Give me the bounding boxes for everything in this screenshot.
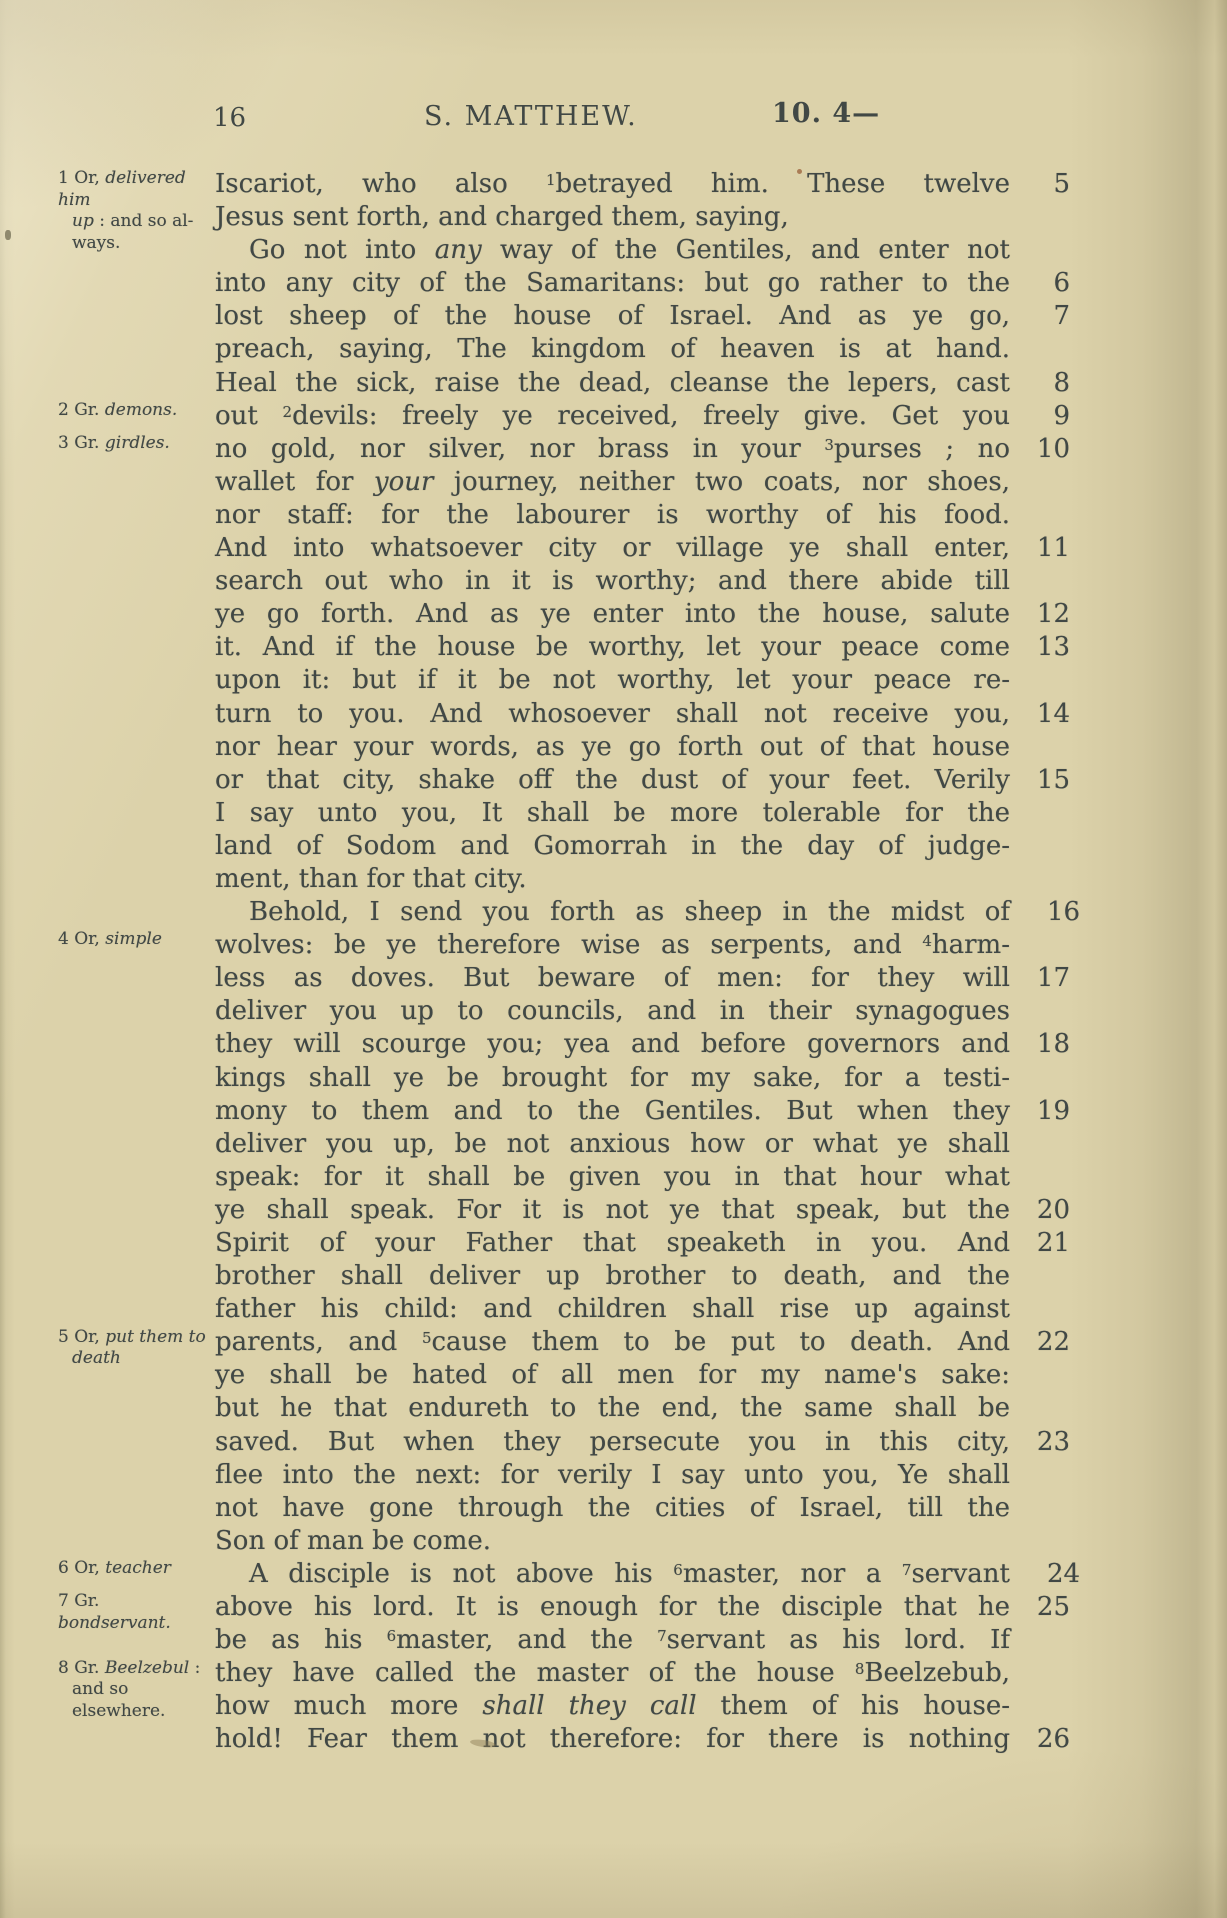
text-line: or that city, shake off the dust of your…	[215, 764, 1010, 797]
text-line: be as his 6master, and the 7servant as h…	[215, 1624, 1010, 1657]
text-segment: 4 Or,	[58, 929, 105, 949]
text-segment: speak: for it shall be given you in that…	[215, 1162, 1010, 1192]
text-line: parents, and 5cause them to be put to de…	[215, 1326, 1010, 1359]
text-line: And into whatsoever city or village ye s…	[215, 532, 1010, 565]
footnote-marker: 3	[824, 436, 834, 454]
text-line: land of Sodom and Gomorrah in the day of…	[215, 830, 1010, 863]
text-line: wolves: be ye therefore wise as serpents…	[215, 929, 1010, 962]
text-segment: servant as his lord. If	[667, 1625, 1010, 1655]
text-line: nor staff: for the labourer is worthy of…	[215, 499, 1010, 532]
text-segment: not have gone through the cities of Isra…	[215, 1493, 1010, 1523]
verse-number: 5	[1013, 168, 1070, 201]
verse-number: 17	[1013, 962, 1070, 995]
text-line: wallet for your journey, neither two coa…	[215, 466, 1010, 499]
text-line: Behold, I send you forth as sheep in the…	[215, 896, 1010, 929]
text-line: turn to you. And whosoever shall not rec…	[215, 698, 1010, 731]
text-segment: it. And if the house be worthy, let your…	[215, 632, 1010, 662]
verse-number: 9	[1013, 400, 1070, 433]
margin-note: 6 Or, teacher	[58, 1558, 216, 1580]
text-line: brother shall deliver up brother to deat…	[215, 1260, 1010, 1293]
text-segment: 8 Gr.	[58, 1658, 105, 1678]
text-segment: nor staff: for the labourer is worthy of…	[215, 500, 1010, 530]
verse-number: 20	[1013, 1194, 1070, 1227]
text-segment: :	[189, 1658, 200, 1678]
text-segment: way of the Gentiles, and enter not	[482, 235, 1010, 265]
text-segment: devils: freely ye received, freely give.…	[292, 401, 1010, 431]
text-segment: deliver you up, be not anxious how or wh…	[215, 1129, 1010, 1159]
text-segment: Iscariot, who also	[215, 169, 546, 199]
text-segment: master, and the	[396, 1625, 657, 1655]
verse-number: 13	[1013, 631, 1070, 664]
text-segment: Behold, I send you forth as sheep in the…	[249, 897, 1010, 927]
text-segment: nor hear your words, as ye go forth out …	[215, 732, 1010, 762]
text-segment: hold! Fear them not therefore: for there…	[215, 1724, 1010, 1754]
text-line: nor hear your words, as ye go forth out …	[215, 731, 1010, 764]
text-segment: less as doves. But beware of men: for th…	[215, 963, 1010, 993]
text-line: into any city of the Samaritans: but go …	[215, 267, 1010, 300]
text-segment: And into whatsoever city or village ye s…	[215, 533, 1010, 563]
text-line: ye go forth. And as ye enter into the ho…	[215, 598, 1010, 631]
margin-note-line: 8 Gr. Beelzebul :	[58, 1658, 216, 1680]
text-segment: 3 Gr.	[58, 433, 105, 453]
text-segment: and so elsewhere.	[72, 1679, 165, 1721]
paper-speck	[5, 230, 11, 240]
text-line: it. And if the house be worthy, let your…	[215, 631, 1010, 664]
verse-number: 25	[1013, 1591, 1070, 1624]
text-line: ye shall speak. For it is not ye that sp…	[215, 1194, 1010, 1227]
text-segment: father his child: and children shall ris…	[215, 1294, 1010, 1324]
text-line: deliver you up, be not anxious how or wh…	[215, 1128, 1010, 1161]
text-segment: land of Sodom and Gomorrah in the day of…	[215, 831, 1010, 861]
text-line: father his child: and children shall ris…	[215, 1293, 1010, 1326]
text-segment: them of his house-	[697, 1691, 1010, 1721]
footnote-marker: 8	[855, 1660, 865, 1678]
italic-text: teacher	[105, 1558, 171, 1578]
margin-note: 1 Or, delivered himup : and so al-ways.	[58, 168, 216, 254]
text-segment: ye go forth. And as ye enter into the ho…	[215, 599, 1010, 629]
margin-note-line: 1 Or, delivered him	[58, 168, 216, 211]
verse-number: 14	[1013, 698, 1070, 731]
text-segment: brother shall deliver up brother to deat…	[215, 1261, 1010, 1291]
verse-reference: 10. 4—	[772, 98, 880, 129]
text-line: Iscariot, who also 1betrayed him. These …	[215, 168, 1010, 201]
italic-text: put them to	[105, 1327, 206, 1347]
text-line: speak: for it shall be given you in that…	[215, 1161, 1010, 1194]
italic-text: bondservant.	[58, 1613, 171, 1633]
italic-text: girdles.	[105, 433, 170, 453]
text-segment: no gold, nor silver, nor brass in your	[215, 434, 824, 464]
text-segment: harm-	[932, 930, 1010, 960]
verse-number: 12	[1013, 598, 1070, 631]
margin-note-line: 2 Gr. demons.	[58, 400, 216, 422]
text-segment: ye shall be hated of all men for my name…	[215, 1360, 1010, 1390]
text-segment: they will scourge you; yea and before go…	[215, 1029, 1010, 1059]
text-segment: Jesus sent forth, and charged them, sayi…	[215, 202, 789, 232]
text-segment: 5 Or,	[58, 1327, 105, 1347]
text-line: Spirit of your Father that speaketh in y…	[215, 1227, 1010, 1260]
margin-note-line: death	[58, 1348, 216, 1370]
text-line: how much more shall they call them of hi…	[215, 1690, 1010, 1723]
text-segment: upon it: but if it be not worthy, let yo…	[215, 665, 1010, 695]
text-line: ye shall be hated of all men for my name…	[215, 1359, 1010, 1392]
margin-note-line: 6 Or, teacher	[58, 1558, 216, 1580]
text-segment: servant	[911, 1559, 1010, 1589]
margin-note-line: and so elsewhere.	[58, 1679, 216, 1722]
margin-note-line: 4 Or, simple	[58, 929, 216, 951]
verse-number: 19	[1013, 1095, 1070, 1128]
verse-number: 18	[1013, 1028, 1070, 1061]
text-segment: above his lord. It is enough for the dis…	[215, 1592, 1010, 1622]
text-line: mony to them and to the Gentiles. But wh…	[215, 1095, 1010, 1128]
italic-text: any	[435, 235, 482, 265]
text-segment: mony to them and to the Gentiles. But wh…	[215, 1096, 1010, 1126]
text-line: Son of man be come.	[215, 1525, 1010, 1558]
text-segment: ment, than for that city.	[215, 864, 527, 894]
margin-note-line: ways.	[58, 233, 216, 255]
text-block: Iscariot, who also 1betrayed him. These …	[215, 168, 1010, 1757]
text-segment: out	[215, 401, 283, 431]
verse-number: 11	[1013, 532, 1070, 565]
page: 16 S. MATTHEW. 10. 4— 1 Or, delivered hi…	[0, 0, 1227, 1918]
verse-number: 21	[1013, 1227, 1070, 1260]
footnote-marker: 1	[546, 171, 556, 189]
margin-note-line: 5 Or, put them to	[58, 1327, 216, 1349]
text-line: out 2devils: freely ye received, freely …	[215, 400, 1010, 433]
verse-number: 26	[1013, 1723, 1070, 1756]
text-segment: A disciple is not above his	[249, 1559, 673, 1589]
text-line: hold! Fear them not therefore: for there…	[215, 1723, 1010, 1756]
text-segment: Beelzebub,	[864, 1658, 1010, 1688]
italic-text: simple	[105, 929, 162, 949]
margin-note: 8 Gr. Beelzebul :and so elsewhere.	[58, 1658, 216, 1723]
text-line: above his lord. It is enough for the dis…	[215, 1591, 1010, 1624]
footnote-marker: 4	[922, 932, 932, 950]
text-line: Heal the sick, raise the dead, cleanse t…	[215, 367, 1010, 400]
footnote-marker: 6	[387, 1627, 397, 1645]
text-segment: deliver you up to councils, and in their…	[215, 996, 1010, 1026]
text-segment: : and so al-	[94, 211, 194, 231]
italic-text: demons.	[105, 400, 177, 420]
text-line: ment, than for that city.	[215, 863, 1010, 896]
italic-text: death	[72, 1348, 121, 1368]
text-segment: search out who in it is worthy; and ther…	[215, 566, 1010, 596]
italic-text: Beelzebul	[105, 1658, 189, 1678]
text-line: they will scourge you; yea and before go…	[215, 1028, 1010, 1061]
text-line: upon it: but if it be not worthy, let yo…	[215, 664, 1010, 697]
verse-number: 7	[1013, 300, 1070, 333]
text-segment: preach, saying, The kingdom of heaven is…	[215, 334, 1010, 364]
verse-number: 10	[1013, 433, 1070, 466]
footnote-marker: 2	[283, 403, 293, 421]
text-line: no gold, nor silver, nor brass in your 3…	[215, 433, 1010, 466]
text-segment: Son of man be come.	[215, 1526, 491, 1556]
italic-text: your	[374, 467, 434, 497]
paper-speck	[797, 169, 802, 174]
footnote-marker: 7	[657, 1627, 667, 1645]
text-segment: I say unto you, It shall be more tolerab…	[215, 798, 1010, 828]
text-segment: into any city of the Samaritans: but go …	[215, 268, 1010, 298]
text-segment: 7 Gr.	[58, 1591, 99, 1611]
text-segment: or that city, shake off the dust of your…	[215, 765, 1010, 795]
text-segment: saved. But when they persecute you in th…	[215, 1427, 1010, 1457]
verse-number: 8	[1013, 367, 1070, 400]
text-line: Jesus sent forth, and charged them, sayi…	[215, 201, 1010, 234]
text-segment: cause them to be put to death. And	[431, 1327, 1010, 1357]
text-segment: be as his	[215, 1625, 387, 1655]
text-segment: purses ; no	[834, 434, 1010, 464]
margin-notes: 1 Or, delivered himup : and so al-ways.2…	[0, 0, 215, 1918]
text-segment: 1 Or,	[58, 168, 105, 188]
text-line: Go not into any way of the Gentiles, and…	[215, 234, 1010, 267]
text-line: not have gone through the cities of Isra…	[215, 1492, 1010, 1525]
text-line: flee into the next: for verily I say unt…	[215, 1459, 1010, 1492]
verse-number: 24	[1013, 1558, 1070, 1591]
text-segment: betrayed him. These twelve	[556, 169, 1011, 199]
text-line: lost sheep of the house of Israel. And a…	[215, 300, 1010, 333]
verse-number: 15	[1013, 764, 1070, 797]
text-segment: they have called the master of the house	[215, 1658, 855, 1688]
running-title: S. MATTHEW.	[424, 101, 638, 132]
margin-note: 7 Gr. bondservant.	[58, 1591, 216, 1634]
text-line: saved. But when they persecute you in th…	[215, 1426, 1010, 1459]
text-line: preach, saying, The kingdom of heaven is…	[215, 333, 1010, 366]
text-line: they have called the master of the house…	[215, 1657, 1010, 1690]
text-line: search out who in it is worthy; and ther…	[215, 565, 1010, 598]
margin-note-line: 3 Gr. girdles.	[58, 433, 216, 455]
margin-note-line: up : and so al-	[58, 211, 216, 233]
text-segment: Heal the sick, raise the dead, cleanse t…	[215, 368, 1010, 398]
text-segment: kings shall ye be brought for my sake, f…	[215, 1063, 1010, 1093]
text-line: less as doves. But beware of men: for th…	[215, 962, 1010, 995]
margin-note: 2 Gr. demons.	[58, 400, 216, 422]
text-line: A disciple is not above his 6master, nor…	[215, 1558, 1010, 1591]
text-segment: wallet for	[215, 467, 374, 497]
text-segment: 6 Or,	[58, 1558, 105, 1578]
text-line: but he that endureth to the end, the sam…	[215, 1392, 1010, 1425]
text-segment: lost sheep of the house of Israel. And a…	[215, 301, 1010, 331]
text-segment: ye shall speak. For it is not ye that sp…	[215, 1195, 1010, 1225]
text-segment: turn to you. And whosoever shall not rec…	[215, 699, 1010, 729]
page-number: 16	[213, 103, 246, 133]
verse-number: 16	[1013, 896, 1070, 929]
text-line: kings shall ye be brought for my sake, f…	[215, 1062, 1010, 1095]
text-line: deliver you up to councils, and in their…	[215, 995, 1010, 1028]
text-segment: 2 Gr.	[58, 400, 105, 420]
footnote-marker: 6	[673, 1561, 683, 1579]
verse-number: 22	[1013, 1326, 1070, 1359]
verse-number: 6	[1013, 267, 1070, 300]
italic-text: shall they call	[482, 1691, 696, 1721]
verse-number: 23	[1013, 1426, 1070, 1459]
text-segment: Go not into	[249, 235, 435, 265]
margin-note: 5 Or, put them todeath	[58, 1327, 216, 1370]
text-segment: flee into the next: for verily I say unt…	[215, 1460, 1010, 1490]
margin-note: 3 Gr. girdles.	[58, 433, 216, 455]
paper-speck	[836, 414, 840, 418]
text-segment: master, nor a	[683, 1559, 902, 1589]
text-segment: wolves: be ye therefore wise as serpents…	[215, 930, 922, 960]
text-segment: how much more	[215, 1691, 482, 1721]
margin-note: 4 Or, simple	[58, 929, 216, 951]
text-segment: but he that endureth to the end, the sam…	[215, 1393, 1010, 1423]
text-segment: Spirit of your Father that speaketh in y…	[215, 1228, 1010, 1258]
text-segment: journey, neither two coats, nor shoes,	[433, 467, 1010, 497]
italic-text: up	[72, 211, 94, 231]
text-segment: ways.	[72, 233, 120, 253]
text-line: I say unto you, It shall be more tolerab…	[215, 797, 1010, 830]
margin-note-line: 7 Gr. bondservant.	[58, 1591, 216, 1634]
text-segment: parents, and	[215, 1327, 422, 1357]
